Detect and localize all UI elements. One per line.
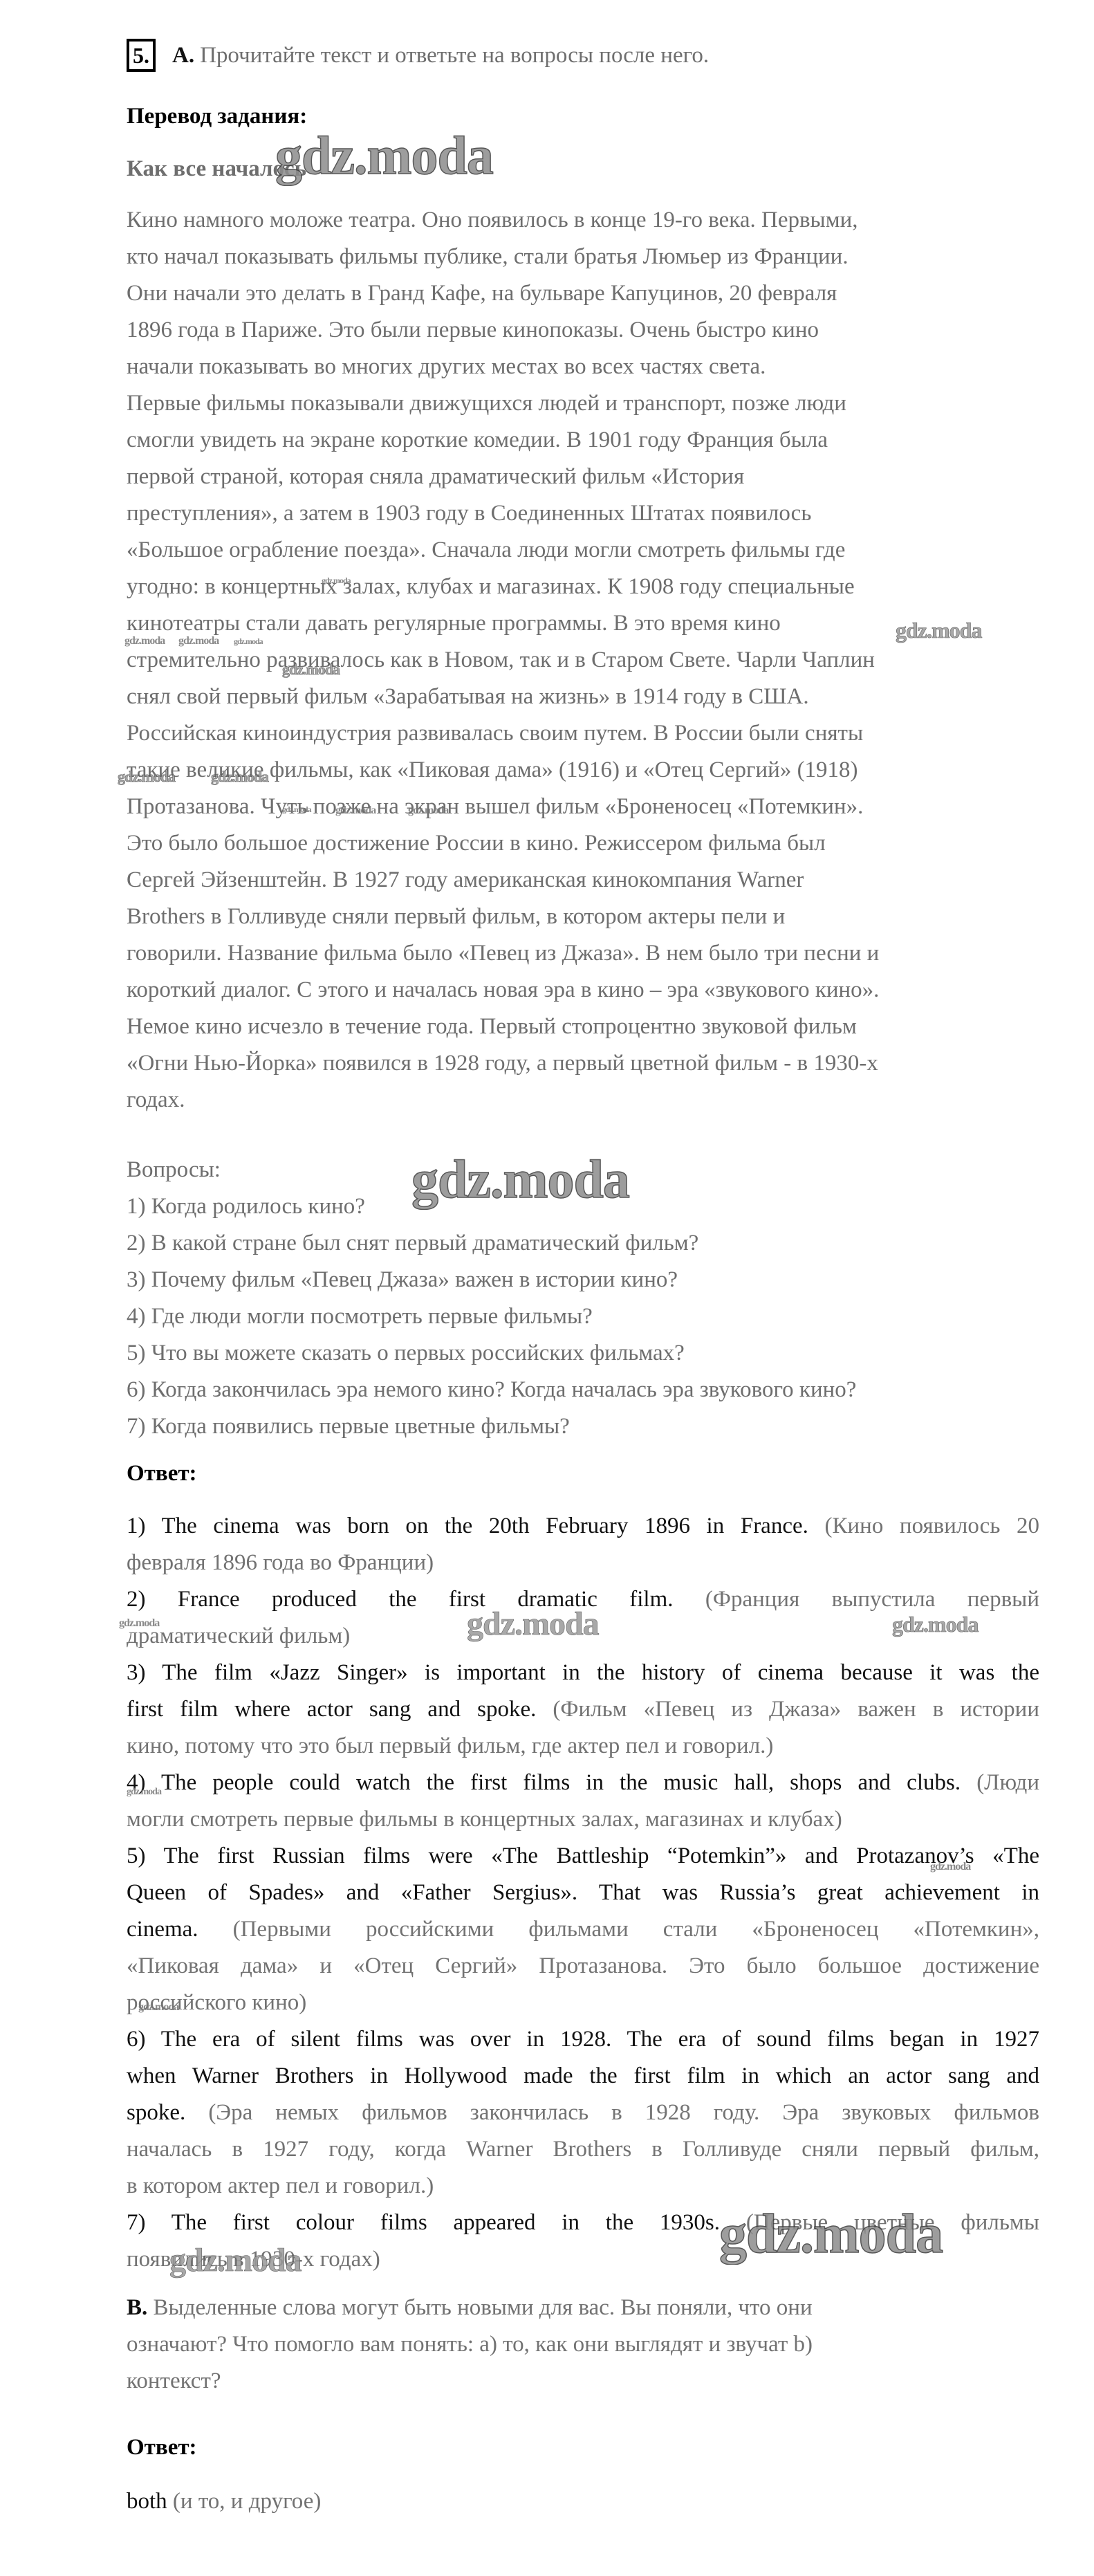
answer-line: в котором актер пел и говорил.) bbox=[127, 2168, 1039, 2205]
question-item: 2) В какой стране был снят первый драмат… bbox=[127, 1225, 856, 1262]
answer-item: 4) The people could watch the first film… bbox=[127, 1765, 1039, 1838]
reading-text-line: Протазанова. Чуть позже на экран вышел ф… bbox=[127, 789, 879, 825]
answer-heading: Ответ: bbox=[127, 1461, 197, 1487]
questions-heading: Вопросы: bbox=[127, 1152, 856, 1188]
answer-translation: (Эра немых фильмов закончилась в 1928 го… bbox=[208, 2100, 1039, 2125]
answer-translation: «Пиковая дама» и «Отец Сергий» Протазано… bbox=[127, 1953, 1039, 1978]
part-b-label: B. bbox=[127, 2295, 147, 2320]
answer-line: 5) The first Russian films were «The Bat… bbox=[127, 1838, 1039, 1875]
answer-line: могли смотреть первые фильмы в концертны… bbox=[127, 1801, 1039, 1838]
reading-text-line: смогли увидеть на экране короткие комеди… bbox=[127, 422, 879, 459]
reading-text-line: Это было большое достижение России в кин… bbox=[127, 825, 879, 862]
part-b-answer-translation: (и то, и другое) bbox=[167, 2489, 322, 2514]
document-page: 5. A. Прочитайте текст и ответьте на воп… bbox=[0, 0, 1094, 2576]
reading-text-line: Немое кино исчезло в течение года. Первы… bbox=[127, 1009, 879, 1045]
part-b-text: Выделенные слова могут быть новыми для в… bbox=[154, 2295, 813, 2320]
reading-text-line: короткий диалог. С этого и началась нова… bbox=[127, 972, 879, 1009]
reading-text-line: преступления», а затем в 1903 году в Сое… bbox=[127, 495, 879, 532]
question-item: 4) Где люди могли посмотреть первые филь… bbox=[127, 1298, 856, 1335]
reading-text-line: Первые фильмы показывали движущихся люде… bbox=[127, 385, 879, 422]
answer-line: российского кино) bbox=[127, 1985, 1039, 2021]
answer-english: Queen of Spades» and «Father Sergius». T… bbox=[127, 1880, 1039, 1905]
reading-text-line: Российская киноиндустрия развивалась сво… bbox=[127, 715, 879, 752]
reading-text-line: снял свой первый фильм «Зарабатывая на ж… bbox=[127, 679, 879, 715]
answer-item: 7) The first colour films appeared in th… bbox=[127, 2205, 1039, 2278]
reading-text-line: Brothers в Голливуде сняли первый фильм,… bbox=[127, 899, 879, 935]
answer-line: 4) The people could watch the first film… bbox=[127, 1765, 1039, 1801]
answer-translation: (Фильм «Певец из Джаза» важен в истории bbox=[553, 1697, 1039, 1722]
reading-text-line: 1896 года в Париже. Это были первые кино… bbox=[127, 312, 879, 349]
reading-text-line: «Огни Нью-Йорка» появился в 1928 году, а… bbox=[127, 1045, 879, 1082]
answer-item: 5) The first Russian films were «The Bat… bbox=[127, 1838, 1039, 2021]
answer-item: 6) The era of silent films was over in 1… bbox=[127, 2021, 1039, 2205]
reading-text-line: угодно: в концертных залах, клубах и маг… bbox=[127, 569, 879, 605]
part-b-question-line: означают? Что помогло вам понять: a) то,… bbox=[127, 2326, 1039, 2363]
reading-text-line: Кино намного моложе театра. Оно появилос… bbox=[127, 202, 879, 239]
answer-line: 1) The cinema was born on the 20th Febru… bbox=[127, 1508, 1039, 1545]
answer-translation: началась в 1927 году, когда Warner Broth… bbox=[127, 2137, 1039, 2162]
answer-line: появились в 1930-х годах) bbox=[127, 2241, 1039, 2278]
text-title: Как все началось bbox=[127, 156, 306, 182]
answer-line: кино, потому что это был первый фильм, г… bbox=[127, 1728, 1039, 1765]
answer-line: 6) The era of silent films was over in 1… bbox=[127, 2021, 1039, 2058]
answer-line: cinema. (Первыми российскими фильмами ст… bbox=[127, 1911, 1039, 1948]
answer-line: when Warner Brothers in Hollywood made t… bbox=[127, 2058, 1039, 2095]
exercise-number-box: 5. bbox=[127, 39, 156, 72]
answer-translation: драматический фильм) bbox=[127, 1623, 350, 1648]
questions-list: 1) Когда родилось кино?2) В какой стране… bbox=[127, 1188, 856, 1445]
reading-text-line: кто начал показывать фильмы публике, ста… bbox=[127, 239, 879, 275]
watermark: gdz.moda bbox=[896, 618, 981, 643]
answer-english: cinema. bbox=[127, 1917, 198, 1942]
translation-heading: Перевод задания: bbox=[127, 104, 307, 129]
question-item: 6) Когда закончилась эра немого кино? Ко… bbox=[127, 1372, 856, 1408]
answer-item: 2) France produced the first dramatic fi… bbox=[127, 1581, 1039, 1655]
answer-english: first film where actor sang and spoke. bbox=[127, 1697, 536, 1722]
answer-line: first film where actor sang and spoke. (… bbox=[127, 1691, 1039, 1728]
part-b-answer-heading: Ответ: bbox=[127, 2435, 197, 2460]
part-b: B. Выделенные слова могут быть новыми дл… bbox=[127, 2290, 1039, 2400]
answer-line: «Пиковая дама» и «Отец Сергий» Протазано… bbox=[127, 1948, 1039, 1985]
reading-text-line: Они начали это делать в Гранд Кафе, на б… bbox=[127, 275, 879, 312]
answer-line: февраля 1896 года во Франции) bbox=[127, 1545, 1039, 1581]
answer-translation: (Первые цветные фильмы bbox=[746, 2210, 1039, 2235]
answer-line: драматический фильм) bbox=[127, 1618, 1039, 1655]
reading-text-line: Сергей Эйзенштейн. В 1927 году американс… bbox=[127, 862, 879, 899]
answer-translation: в котором актер пел и говорил.) bbox=[127, 2173, 434, 2198]
answer-translation: могли смотреть первые фильмы в концертны… bbox=[127, 1807, 842, 1832]
task-instruction: Прочитайте текст и ответьте на вопросы п… bbox=[200, 43, 709, 68]
answer-line: началась в 1927 году, когда Warner Broth… bbox=[127, 2131, 1039, 2168]
answer-english: spoke. bbox=[127, 2100, 185, 2125]
question-item: 1) Когда родилось кино? bbox=[127, 1188, 856, 1225]
answer-translation: (Кино появилось 20 bbox=[825, 1514, 1040, 1538]
answer-translation: (Первыми российскими фильмами стали «Бро… bbox=[233, 1917, 1039, 1942]
part-b-answer-main: both bbox=[127, 2489, 167, 2514]
answer-english: 6) The era of silent films was over in 1… bbox=[127, 2027, 1039, 2052]
question-item: 5) Что вы можете сказать о первых россий… bbox=[127, 1335, 856, 1372]
reading-text-line: стремительно развивалось как в Новом, та… bbox=[127, 642, 879, 679]
answer-translation: февраля 1896 года во Франции) bbox=[127, 1550, 434, 1575]
reading-text-line: такие великие фильмы, как «Пиковая дама»… bbox=[127, 752, 879, 789]
answer-line: 3) The film «Jazz Singer» is important i… bbox=[127, 1655, 1039, 1691]
task-header: 5. A. Прочитайте текст и ответьте на воп… bbox=[127, 36, 709, 75]
answer-english: when Warner Brothers in Hollywood made t… bbox=[127, 2063, 1039, 2088]
part-b-answer: both (и то, и другое) bbox=[127, 2483, 321, 2520]
answer-english: 3) The film «Jazz Singer» is important i… bbox=[127, 1660, 1039, 1685]
answer-item: 1) The cinema was born on the 20th Febru… bbox=[127, 1508, 1039, 1581]
watermark: gdz.moda bbox=[275, 125, 493, 187]
part-b-question-line: B. Выделенные слова могут быть новыми дл… bbox=[127, 2290, 1039, 2326]
reading-text-line: годах. bbox=[127, 1082, 879, 1119]
reading-text-line: первой страной, которая сняла драматичес… bbox=[127, 459, 879, 495]
answer-line: Queen of Spades» and «Father Sergius». T… bbox=[127, 1875, 1039, 1911]
answer-english: 4) The people could watch the first film… bbox=[127, 1770, 961, 1795]
answer-translation: (Люди bbox=[976, 1770, 1039, 1795]
part-a-label: A. bbox=[172, 43, 194, 68]
answer-line: 2) France produced the first dramatic fi… bbox=[127, 1581, 1039, 1618]
answer-english: 1) The cinema was born on the 20th Febru… bbox=[127, 1514, 808, 1538]
questions-block: Вопросы: 1) Когда родилось кино?2) В как… bbox=[127, 1152, 856, 1445]
answer-english: 2) France produced the first dramatic fi… bbox=[127, 1587, 674, 1612]
answer-line: 7) The first colour films appeared in th… bbox=[127, 2205, 1039, 2241]
reading-text-line: кинотеатры стали давать регулярные прогр… bbox=[127, 605, 879, 642]
reading-text: Кино намного моложе театра. Оно появилос… bbox=[127, 202, 879, 1119]
answer-line: spoke. (Эра немых фильмов закончилась в … bbox=[127, 2095, 1039, 2131]
answer-translation: российского кино) bbox=[127, 1990, 306, 2015]
question-item: 3) Почему фильм «Певец Джаза» важен в ис… bbox=[127, 1262, 856, 1298]
answer-translation: появились в 1930-х годах) bbox=[127, 2247, 380, 2272]
answer-translation: кино, потому что это был первый фильм, г… bbox=[127, 1733, 773, 1758]
question-item: 7) Когда появились первые цветные фильмы… bbox=[127, 1408, 856, 1445]
reading-text-line: «Большое ограбление поезда». Сначала люд… bbox=[127, 532, 879, 569]
answer-english: 5) The first Russian films were «The Bat… bbox=[127, 1843, 1039, 1868]
reading-text-line: начали показывать во многих других места… bbox=[127, 349, 879, 385]
answer-translation: (Франция выпустила первый bbox=[705, 1587, 1039, 1612]
answer-english: 7) The first colour films appeared in th… bbox=[127, 2210, 720, 2235]
part-b-question-line: контекст? bbox=[127, 2363, 1039, 2400]
reading-text-line: говорили. Название фильма было «Певец из… bbox=[127, 935, 879, 972]
answers-list: 1) The cinema was born on the 20th Febru… bbox=[127, 1508, 1039, 2278]
answer-item: 3) The film «Jazz Singer» is important i… bbox=[127, 1655, 1039, 1765]
